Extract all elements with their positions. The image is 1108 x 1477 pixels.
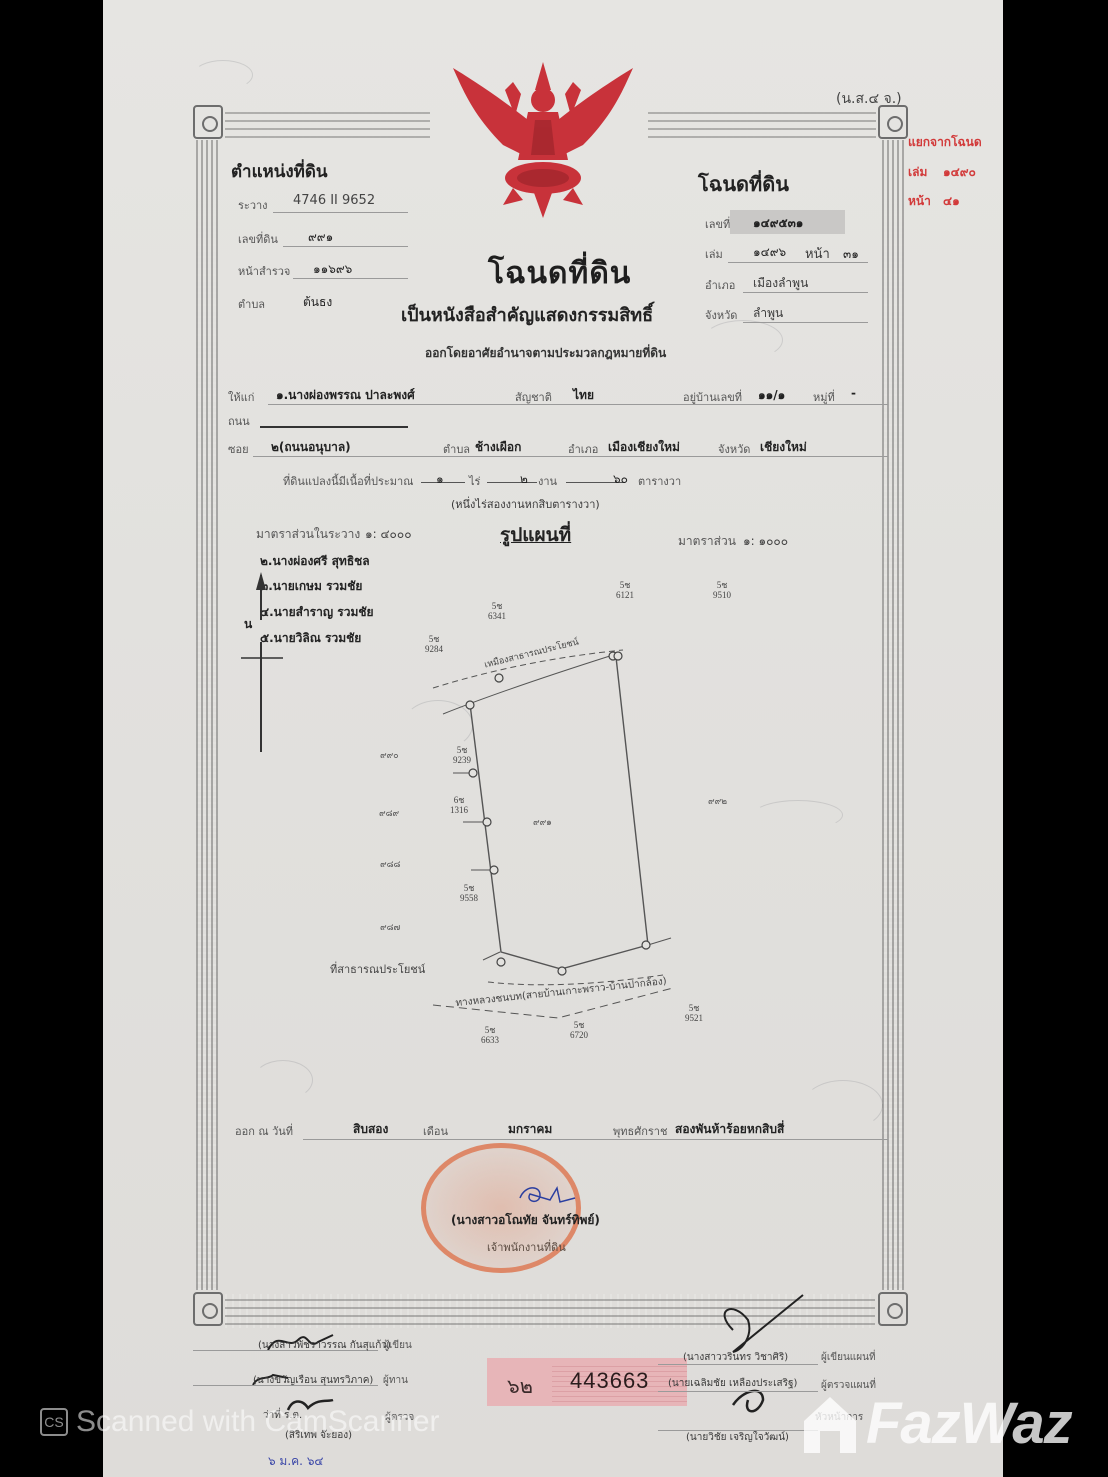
field-underline bbox=[303, 1139, 888, 1140]
boundary-marker-label: 5ช9558 bbox=[460, 883, 478, 903]
parcel-map-drawing bbox=[103, 0, 1003, 1100]
map-checker-name: (นายเฉลิมชัย เหลืองประเสริฐ) bbox=[668, 1376, 797, 1391]
writer-role: ผู้เขียน bbox=[383, 1338, 412, 1353]
map-writer-role: ผู้เขียนแผนที่ bbox=[821, 1350, 876, 1365]
camscanner-text: Scanned with CamScanner bbox=[76, 1405, 440, 1439]
camscanner-logo-icon: CS bbox=[40, 1408, 68, 1436]
parcel-west-4: ๙๘๗ bbox=[380, 920, 400, 934]
fazwaz-watermark: FazWaz bbox=[800, 1390, 1072, 1457]
official-name: (นางสาวอโณทัย จันทร์ทิพย์) bbox=[451, 1211, 600, 1230]
blue-date-stamp: ๖ ม.ค. ๖๔ bbox=[268, 1452, 324, 1471]
ornament-corner-icon bbox=[878, 1292, 908, 1326]
fazwaz-house-icon bbox=[800, 1393, 860, 1455]
issue-month-label: เดือน bbox=[423, 1122, 448, 1140]
issue-month: มกราคม bbox=[508, 1120, 552, 1139]
public-land-label: ที่สาธารณประโยชน์ bbox=[330, 960, 425, 978]
issue-year: สองพันห้าร้อยหกสิบสี่ bbox=[675, 1120, 784, 1139]
issue-day: สิบสอง bbox=[353, 1120, 388, 1139]
reviewer-name: (นางขวัญเรือน สุนทรวิภาค) bbox=[253, 1373, 373, 1388]
camscanner-watermark: CS Scanned with CamScanner bbox=[40, 1405, 440, 1439]
official-signature-icon bbox=[515, 1180, 585, 1210]
boundary-marker-label: 5ช9239 bbox=[453, 745, 471, 765]
boundary-marker-label: 5ช9284 bbox=[425, 634, 443, 654]
boundary-marker-label: 5ช6633 bbox=[481, 1025, 499, 1045]
serial-number-box: ๖๒ 443663 bbox=[487, 1358, 687, 1406]
parcel-west-3: ๙๘๘ bbox=[380, 857, 400, 871]
title-deed-document: (น.ส.๔ จ.) แยกจากโฉนด เล่ม ๑๔๙๐ หน้า ๔๑ … bbox=[103, 0, 1003, 1477]
head-officer-name: (นายวิชัย เจริญใจวัฒน์) bbox=[686, 1430, 789, 1445]
issue-year-label: พุทธศักราช bbox=[613, 1122, 667, 1140]
ornament-corner-icon bbox=[193, 1292, 223, 1326]
boundary-marker-label: 5ช9510 bbox=[713, 580, 731, 600]
fazwaz-text: FazWaz bbox=[866, 1390, 1072, 1457]
parcel-center-number: ๙๙๑ bbox=[533, 815, 552, 829]
serial-prefix: ๖๒ bbox=[507, 1370, 533, 1402]
boundary-marker-label: 5ช9521 bbox=[685, 1003, 703, 1023]
map-writer-name: (นางสาววรินทร วิชาศิริ) bbox=[683, 1350, 788, 1365]
writer-name: (นางสาวพัชราวรรณ กันสุแก้ว) bbox=[258, 1338, 391, 1353]
boundary-marker-label: 5ช6341 bbox=[488, 601, 506, 621]
parcel-west-1: ๙๙๐ bbox=[380, 748, 399, 762]
parcel-east: ๙๙๒ bbox=[708, 794, 727, 808]
reviewer-role: ผู้ทาน bbox=[383, 1373, 408, 1388]
signature-line bbox=[658, 1391, 818, 1392]
serial-number: 443663 bbox=[570, 1368, 649, 1394]
official-title: เจ้าพนักงานที่ดิน bbox=[487, 1238, 566, 1256]
boundary-marker-label: 5ช6720 bbox=[570, 1020, 588, 1040]
boundary-marker-label: 5ช6121 bbox=[616, 580, 634, 600]
boundary-marker-label: 6ช1316 bbox=[450, 795, 468, 815]
issue-date-label: ออก ณ วันที่ bbox=[235, 1122, 293, 1140]
parcel-west-2: ๙๘๙ bbox=[379, 806, 399, 820]
